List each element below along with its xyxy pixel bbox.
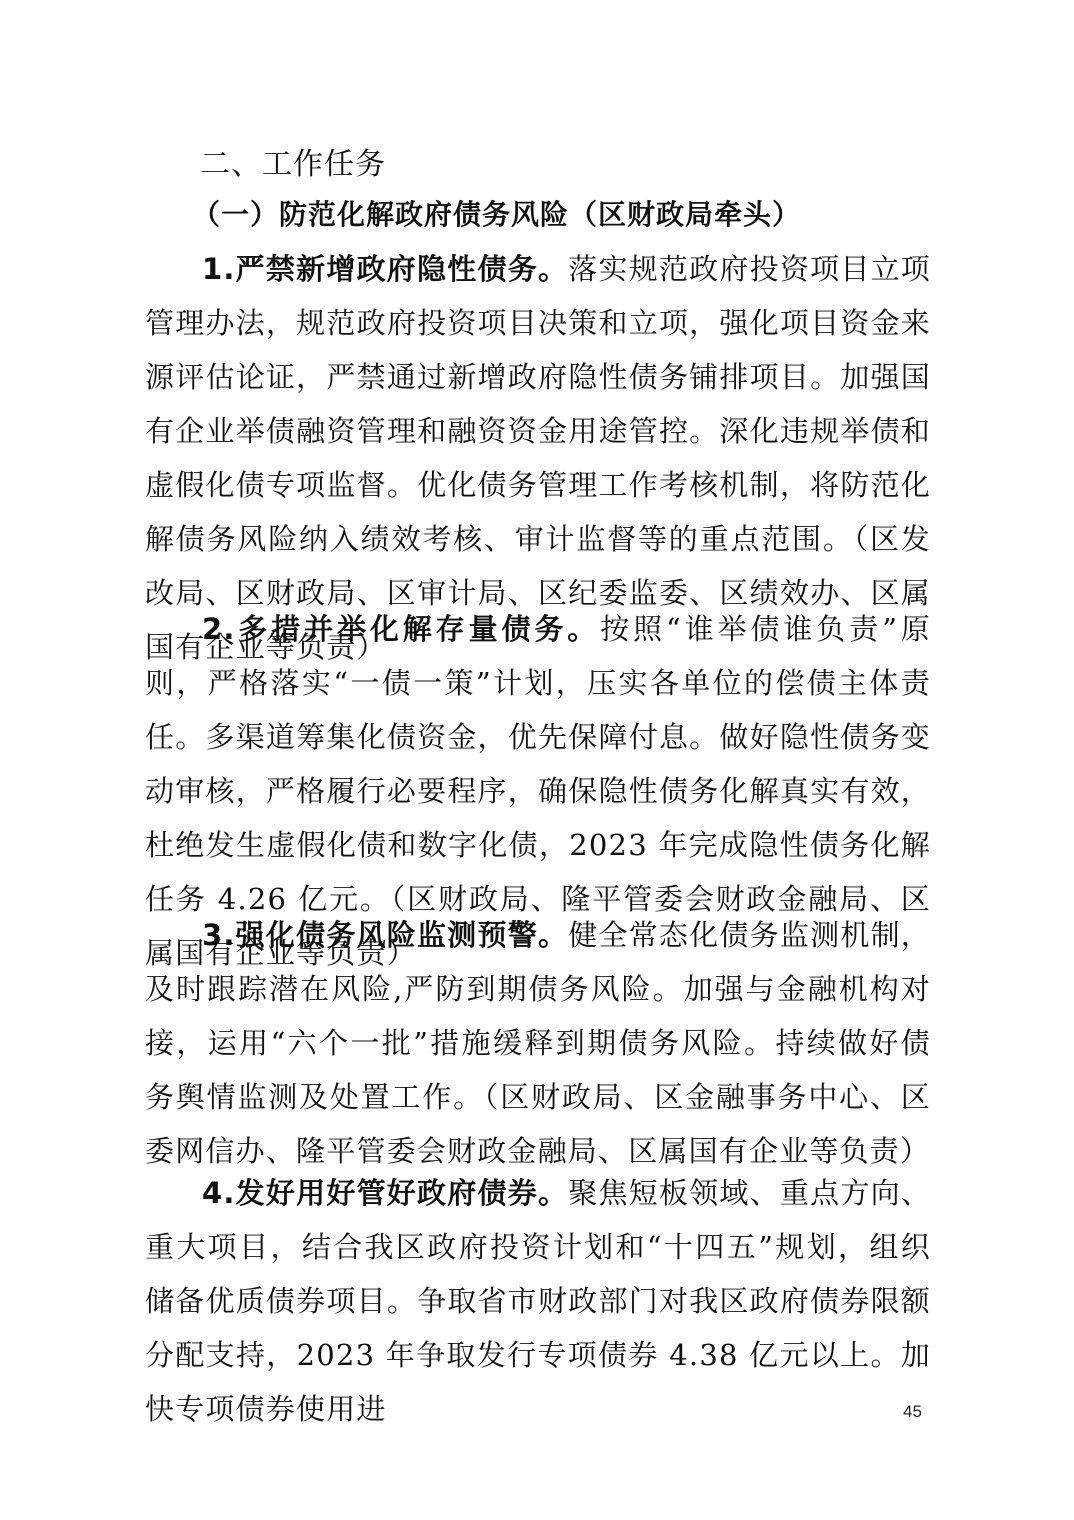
paragraph-4-lead: 4.发好用好管好政府债券。 [202,1176,568,1210]
paragraph-4: 4.发好用好管好政府债券。聚焦短板领域、重点方向、重大项目，结合我区政府投资计划… [145,1166,931,1436]
document-page: 二、工作任务 （一）防范化解政府债务风险（区财政局牵头） 1.严禁新增政府隐性债… [0,0,1074,1520]
paragraph-3: 3.强化债务风险监测预警。健全常态化债务监测机制，及时跟踪潜在风险,严防到期债务… [145,908,931,1178]
paragraph-4-body: 聚焦短板领域、重点方向、重大项目，结合我区政府投资计划和“十四五”规划，组织储备… [145,1176,931,1426]
paragraph-3-text: 3.强化债务风险监测预警。健全常态化债务监测机制，及时跟踪潜在风险,严防到期债务… [145,908,931,1178]
subsection-title: （一）防范化解政府债务风险（区财政局牵头） [192,190,801,240]
section-title: 二、工作任务 [200,140,386,190]
paragraph-2-lead: 2.多措并举化解存量债务。 [202,612,600,646]
paragraph-4-text: 4.发好用好管好政府债券。聚焦短板领域、重点方向、重大项目，结合我区政府投资计划… [145,1166,931,1436]
page-number: 45 [903,1402,922,1422]
paragraph-3-lead: 3.强化债务风险监测预警。 [202,918,568,952]
paragraph-3-body: 健全常态化债务监测机制，及时跟踪潜在风险,严防到期债务风险。加强与金融机构对接，… [145,918,931,1168]
paragraph-1-lead: 1.严禁新增政府隐性债务。 [202,252,568,286]
